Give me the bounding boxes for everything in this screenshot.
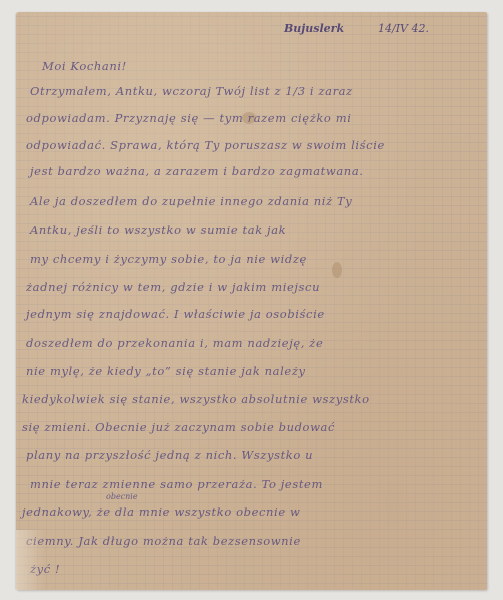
letter-line-6: Antku, jeśli to wszystko w sumie tak jak <box>30 223 286 237</box>
letter-line-17: ciemny. Jak długo można tak bezsensownie <box>26 534 301 548</box>
letter-salutation: Moi Kochani! <box>42 59 127 73</box>
letter-line-7: my chcemy i życzymy sobie, to ja nie wid… <box>30 252 307 266</box>
letter-line-16: jednakowy, że dla mnie wszystko obecnie … <box>22 505 300 519</box>
letter-date: 14/IV 42. <box>378 22 429 35</box>
letter-line-5: Ale ja doszedłem do zupełnie innego zdan… <box>30 194 352 208</box>
letter-line-2: odpowiadam. Przyznaję się — tym razem ci… <box>26 111 352 125</box>
letter-place: Bujuslerk <box>284 22 344 35</box>
letter-line-1: Otrzymałem, Antku, wczoraj Twój list z 1… <box>30 84 353 98</box>
letter-line-15-text: mnie teraz zmienne samo przeraża. To jes… <box>30 477 323 491</box>
stain <box>332 262 342 278</box>
letter-line-13: się zmieni. Obecnie już zaczynam sobie b… <box>22 420 335 434</box>
letter-insertion: obecnie <box>106 492 138 501</box>
letter-line-10: doszedłem do przekonania i, mam nadzieję… <box>26 336 323 350</box>
letter-line-8: żadnej różnicy w tem, gdzie i w jakim mi… <box>26 280 320 294</box>
letter-line-12: kiedykolwiek się stanie, wszystko absolu… <box>22 392 370 406</box>
letter-line-9: jednym się znajdować. I właściwie ja oso… <box>26 307 325 321</box>
letter-paper: Bujuslerk 14/IV 42. Moi Kochani! Otrzyma… <box>16 12 487 590</box>
letter-line-18: żyć ! <box>30 562 60 576</box>
letter-line-15: mnie teraz zmienne samo przeraża. To jes… <box>30 477 323 491</box>
letter-line-3: odpowiadać. Sprawa, którą Ty poruszasz w… <box>26 138 385 152</box>
letter-line-4: jest bardzo ważna, a zarazem i bardzo za… <box>30 164 364 178</box>
letter-line-11: nie mylę, że kiedy „to” się stanie jak n… <box>26 364 306 378</box>
letter-line-14: plany na przyszłość jedną z nich. Wszyst… <box>26 448 313 462</box>
